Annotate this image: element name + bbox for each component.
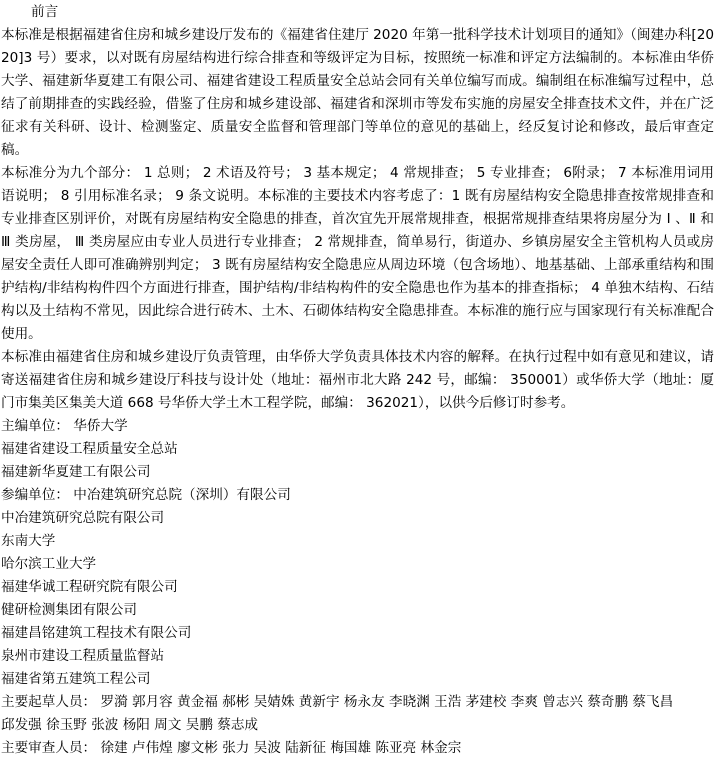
participating-unit: 哈尔滨工业大学: [1, 553, 714, 576]
participating-unit: 福建昌铭建筑工程技术有限公司: [1, 622, 714, 645]
main-reviewers-label: 主要审查人员：: [1, 740, 96, 756]
participating-unit-line: 参编单位： 中冶建筑研究总院（深圳）有限公司: [1, 484, 714, 507]
participating-unit: 健研检测集团有限公司: [1, 599, 714, 622]
main-drafters: 主要起草人员： 罗漪 郭月容 黄金福 郝彬 吴婧姝 黄新宇 杨永友 李晓渊 王浩…: [1, 691, 714, 737]
participating-unit: 中冶建筑研究总院（深圳）有限公司: [73, 487, 291, 503]
chief-editor-units: 主编单位： 华侨大学 福建省建设工程质量安全总站 福建新华夏建工有限公司: [1, 415, 714, 484]
participating-unit: 东南大学: [1, 530, 714, 553]
document-page: 前言 本标准是根据福建省住房和城乡建设厅发布的《福建省住建厅 2020 年第一批…: [0, 1, 718, 757]
chief-editor-unit: 福建新华夏建工有限公司: [1, 461, 714, 484]
main-drafters-label: 主要起草人员：: [1, 694, 96, 710]
main-drafters-names: 罗漪 郭月容 黄金福 郝彬 吴婧姝 黄新宇 杨永友 李晓渊 王浩 茅建校 李爽 …: [1, 694, 673, 733]
participating-unit: 福建省第五建筑工程公司: [1, 668, 714, 691]
participating-unit: 福建华诚工程研究院有限公司: [1, 576, 714, 599]
main-reviewers: 主要审查人员： 徐建 卢伟煌 廖文彬 张力 吴波 陆新征 梅国雄 陈亚亮 林金宗: [1, 737, 714, 757]
chief-editor-label: 主编单位：: [1, 418, 69, 434]
participating-unit: 中冶建筑研究总院有限公司: [1, 507, 714, 530]
paragraph-structure: 本标准分为九个部分： 1 总则； 2 术语及符号； 3 基本规定； 4 常规排查…: [1, 162, 714, 346]
participating-label: 参编单位：: [1, 487, 69, 503]
chief-editor-unit: 福建省建设工程质量安全总站: [1, 438, 714, 461]
chief-editor-line: 主编单位： 华侨大学: [1, 415, 714, 438]
paragraph-basis: 本标准是根据福建省住房和城乡建设厅发布的《福建省住建厅 2020 年第一批科学技…: [1, 24, 714, 162]
participating-unit: 泉州市建设工程质量监督站: [1, 645, 714, 668]
main-reviewers-names: 徐建 卢伟煌 廖文彬 张力 吴波 陆新征 梅国雄 陈亚亮 林金宗: [100, 740, 461, 756]
paragraph-management: 本标准由福建省住房和城乡建设厅负责管理，由华侨大学负责具体技术内容的解释。在执行…: [1, 346, 714, 415]
document-title: 前言: [1, 1, 714, 24]
participating-units: 参编单位： 中冶建筑研究总院（深圳）有限公司 中冶建筑研究总院有限公司 东南大学…: [1, 484, 714, 691]
chief-editor-unit: 华侨大学: [73, 418, 127, 434]
